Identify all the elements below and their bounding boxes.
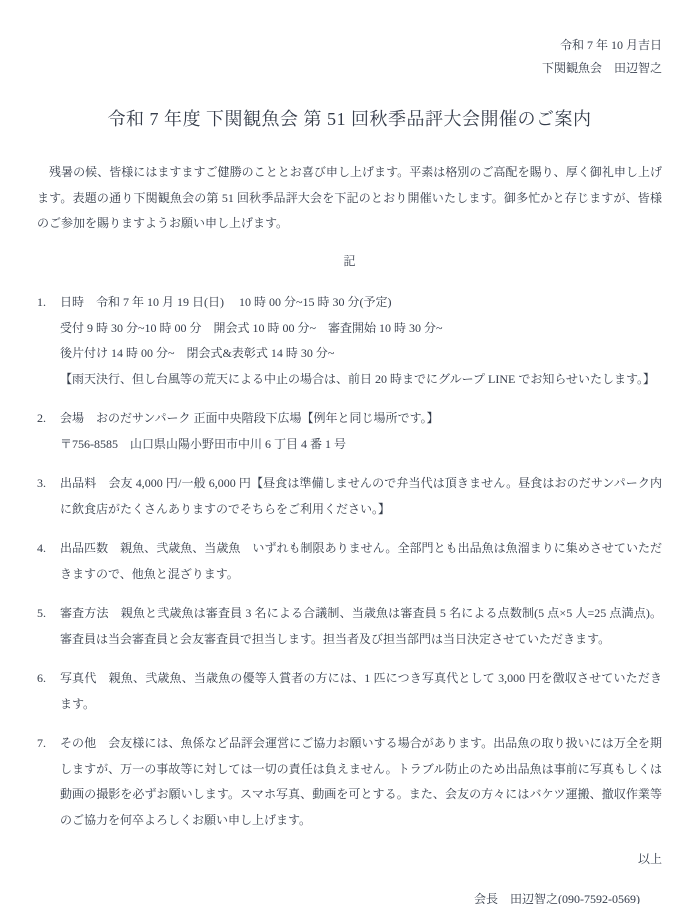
item-body: 写真代 親魚、弐歳魚、当歳魚の優等入賞者の方には、1 匹につき写真代として 3,…: [60, 666, 662, 717]
signature-line: 会長 田辺智之(090-7592-0569): [37, 887, 662, 904]
item-text-line: その他 会友様には、魚係など品評会運営にご協力お願いする場合があります。出品魚の…: [60, 731, 662, 833]
list-item-4: 4. 出品匹数 親魚、弐歳魚、当歳魚 いずれも制限ありません。全部門とも出品魚は…: [37, 536, 662, 587]
item-number: 7.: [37, 731, 60, 833]
item-number: 3.: [37, 471, 60, 522]
document-page: 令和 7 年 10 月吉日 下関観魚会 田辺智之 令和 7 年度 下関観魚会 第…: [0, 0, 697, 904]
closing-marker: 以上: [37, 847, 662, 873]
item-text-line: 写真代 親魚、弐歳魚、当歳魚の優等入賞者の方には、1 匹につき写真代として 3,…: [60, 666, 662, 717]
record-marker: 記: [37, 249, 662, 275]
list-item-1: 1. 日時 令和 7 年 10 月 19 日(日) 10 時 00 分~15 時…: [37, 290, 662, 392]
item-text-line: 【雨天決行、但し台風等の荒天による中止の場合は、前日 20 時までにグループ L…: [60, 367, 662, 393]
list-item-5: 5. 審査方法 親魚と弐歳魚は審査員 3 名による合議制、当歳魚は審査員 5 名…: [37, 601, 662, 652]
item-body: 会場 おのだサンパーク 正面中央階段下広場【例年と同じ場所です。】 〒756-8…: [60, 406, 662, 457]
list-item-7: 7. その他 会友様には、魚係など品評会運営にご協力お願いする場合があります。出…: [37, 731, 662, 833]
item-body: 審査方法 親魚と弐歳魚は審査員 3 名による合議制、当歳魚は審査員 5 名による…: [60, 601, 662, 652]
item-body: 日時 令和 7 年 10 月 19 日(日) 10 時 00 分~15 時 30…: [60, 290, 662, 392]
item-body: 出品匹数 親魚、弐歳魚、当歳魚 いずれも制限ありません。全部門とも出品魚は魚溜ま…: [60, 536, 662, 587]
document-title: 令和 7 年度 下関観魚会 第 51 回秋季品評大会開催のご案内: [37, 106, 662, 132]
item-body: その他 会友様には、魚係など品評会運営にご協力お願いする場合があります。出品魚の…: [60, 731, 662, 833]
list-item-3: 3. 出品料 会友 4,000 円/一般 6,000 円【昼食は準備しませんので…: [37, 471, 662, 522]
item-number: 1.: [37, 290, 60, 392]
item-number: 2.: [37, 406, 60, 457]
document-header: 令和 7 年 10 月吉日 下関観魚会 田辺智之: [37, 34, 662, 80]
item-text-line: 日時 令和 7 年 10 月 19 日(日) 10 時 00 分~15 時 30…: [60, 290, 662, 316]
item-text-line: 受付 9 時 30 分~10 時 00 分 開会式 10 時 00 分~ 審査開…: [60, 316, 662, 342]
item-text-line: 出品匹数 親魚、弐歳魚、当歳魚 いずれも制限ありません。全部門とも出品魚は魚溜ま…: [60, 536, 662, 587]
item-number: 4.: [37, 536, 60, 587]
greeting-paragraph: 残暑の候、皆様にはますますご健勝のこととお喜び申し上げます。平素は格別のご高配を…: [37, 160, 662, 237]
item-text-line: 出品料 会友 4,000 円/一般 6,000 円【昼食は準備しませんので弁当代…: [60, 471, 662, 522]
sender-line: 下関観魚会 田辺智之: [37, 57, 662, 80]
item-number: 6.: [37, 666, 60, 717]
item-text-line: 〒756-8585 山口県山陽小野田市中川 6 丁目 4 番 1 号: [60, 432, 662, 458]
item-number: 5.: [37, 601, 60, 652]
item-body: 出品料 会友 4,000 円/一般 6,000 円【昼食は準備しませんので弁当代…: [60, 471, 662, 522]
list-item-6: 6. 写真代 親魚、弐歳魚、当歳魚の優等入賞者の方には、1 匹につき写真代として…: [37, 666, 662, 717]
item-text-line: 後片付け 14 時 00 分~ 閉会式&表彰式 14 時 30 分~: [60, 341, 662, 367]
item-text-line: 会場 おのだサンパーク 正面中央階段下広場【例年と同じ場所です。】: [60, 406, 662, 432]
date-line: 令和 7 年 10 月吉日: [37, 34, 662, 57]
list-item-2: 2. 会場 おのだサンパーク 正面中央階段下広場【例年と同じ場所です。】 〒75…: [37, 406, 662, 457]
item-text-line: 審査方法 親魚と弐歳魚は審査員 3 名による合議制、当歳魚は審査員 5 名による…: [60, 601, 662, 652]
